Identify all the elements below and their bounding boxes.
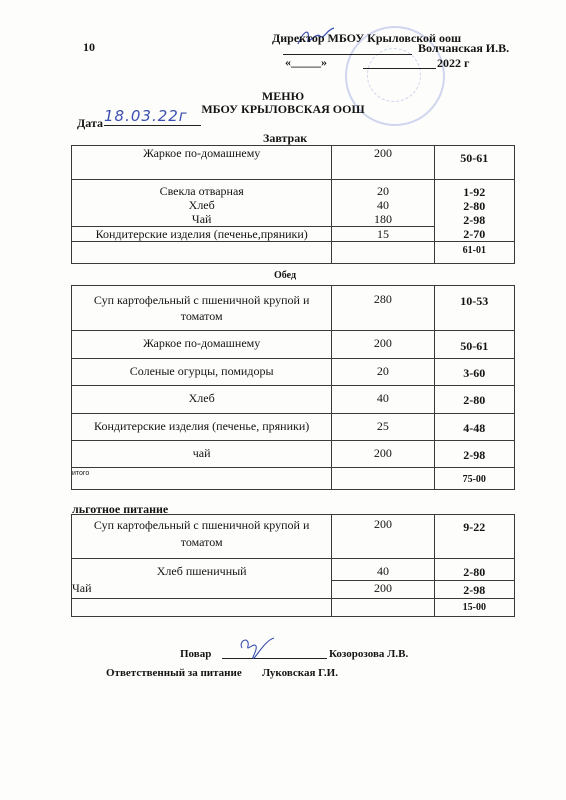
dish-price: 2-80 xyxy=(434,559,514,581)
dish-name: Жаркое по-домашнему xyxy=(72,331,332,359)
dish-qty: 40 xyxy=(332,559,434,581)
breakfast-table: Жаркое по-домашнему 200 50-61 Свекла отв… xyxy=(71,145,515,264)
table-row: Соленые огурцы, помидоры 20 3-60 xyxy=(72,359,515,386)
table-row: Хлеб 40 2-80 xyxy=(72,386,515,414)
total-row: 61-01 xyxy=(72,242,515,264)
dish-price: 50-61 xyxy=(434,146,514,180)
dish-name: Чай xyxy=(72,212,331,226)
dish-qty: 200 xyxy=(332,146,434,180)
dish-qty-group: 20 40 180 15 xyxy=(332,180,434,242)
total-label: итого xyxy=(72,468,332,490)
table-row: Суп картофельный с пшеничной крупой и то… xyxy=(72,515,515,559)
table-row: Жаркое по-домашнему 200 50-61 xyxy=(72,146,515,180)
dish-name: Суп картофельный с пшеничной крупой и то… xyxy=(72,515,332,559)
dish-name: Соленые огурцы, помидоры xyxy=(72,359,332,386)
dish-qty: 15 xyxy=(332,226,433,241)
responsible-label: Ответственный за питание xyxy=(106,667,242,679)
dish-price: 2-98 xyxy=(435,213,514,227)
dish-price: 2-98 xyxy=(434,581,514,599)
table-row: Суп картофельный с пшеничной крупой и то… xyxy=(72,286,515,331)
lunch-label: Обед xyxy=(274,270,296,281)
breakfast-label: Завтрак xyxy=(263,131,307,146)
dish-qty: 25 xyxy=(332,414,434,441)
page-number: 10 xyxy=(83,40,95,55)
dish-qty: 180 xyxy=(332,212,433,226)
dish-price: 1-92 xyxy=(435,185,514,199)
approval-day: «_____» xyxy=(285,55,327,70)
lunch-table: Суп картофельный с пшеничной крупой и то… xyxy=(71,285,515,490)
dish-name: Кондитерские изделия (печенье, пряники) xyxy=(72,414,332,441)
dish-name: Свекла отварная xyxy=(72,184,331,198)
dish-qty: 40 xyxy=(332,386,434,414)
dish-price-group: 1-92 2-80 2-98 2-70 xyxy=(434,180,514,242)
dish-price: 2-80 xyxy=(435,199,514,213)
school-title: МБОУ КРЫЛОВСКАЯ ООШ xyxy=(0,102,566,117)
signature-line xyxy=(283,41,412,55)
dish-qty: 200 xyxy=(332,581,434,599)
dish-name: Хлеб xyxy=(72,386,332,414)
dish-price: 10-53 xyxy=(434,286,514,331)
dish-qty: 280 xyxy=(332,286,434,331)
dish-price: 2-70 xyxy=(435,227,514,241)
dish-name-group: Свекла отварная Хлеб Чай Кондитерские из… xyxy=(72,180,332,242)
approval-year: 2022 г xyxy=(437,56,469,71)
director-name: Волчанская И.В. xyxy=(418,41,509,56)
dish-qty: 20 xyxy=(332,359,434,386)
breakfast-total: 61-01 xyxy=(434,242,514,264)
dish-qty: 200 xyxy=(332,441,434,468)
dish-qty: 200 xyxy=(332,515,434,559)
table-row: Свекла отварная Хлеб Чай Кондитерские из… xyxy=(72,180,515,242)
benefit-table: Суп картофельный с пшеничной крупой и то… xyxy=(71,514,515,617)
dish-price: 2-80 xyxy=(434,386,514,414)
total-row: итого 75-00 xyxy=(72,468,515,490)
dish-name: Жаркое по-домашнему xyxy=(72,146,332,180)
table-row: Чай 200 2-98 xyxy=(72,581,515,599)
approval-month-line xyxy=(363,55,436,69)
date-value: 18.03.22г xyxy=(104,107,201,126)
dish-price: 50-61 xyxy=(434,331,514,359)
cook-label: Повар xyxy=(180,648,211,660)
table-row: Жаркое по-домашнему 200 50-61 xyxy=(72,331,515,359)
dish-name: Хлеб xyxy=(72,198,331,212)
dish-qty: 20 xyxy=(332,184,433,198)
dish-price: 9-22 xyxy=(434,515,514,559)
dish-name: Суп картофельный с пшеничной крупой и то… xyxy=(72,286,332,331)
dish-qty: 40 xyxy=(332,198,433,212)
dish-name: Кондитерские изделия (печенье,пряники) xyxy=(72,226,331,241)
dish-price: 3-60 xyxy=(434,359,514,386)
lunch-total: 75-00 xyxy=(434,468,514,490)
responsible-name: Луковская Г.И. xyxy=(262,667,338,679)
total-row: 15-00 xyxy=(72,599,515,617)
dish-qty: 200 xyxy=(332,331,434,359)
date-label: Дата xyxy=(77,116,103,131)
dish-name: чай xyxy=(72,441,332,468)
dish-name: Чай xyxy=(72,581,332,599)
cook-name: Козорозова Л.В. xyxy=(329,648,408,660)
dish-price: 2-98 xyxy=(434,441,514,468)
table-row: чай 200 2-98 xyxy=(72,441,515,468)
dish-name: Хлеб пшеничный xyxy=(72,559,332,581)
benefit-total: 15-00 xyxy=(434,599,514,617)
cook-signature xyxy=(236,634,276,662)
dish-price: 4-48 xyxy=(434,414,514,441)
table-row: Хлеб пшеничный 40 2-80 xyxy=(72,559,515,581)
table-row: Кондитерские изделия (печенье, пряники) … xyxy=(72,414,515,441)
